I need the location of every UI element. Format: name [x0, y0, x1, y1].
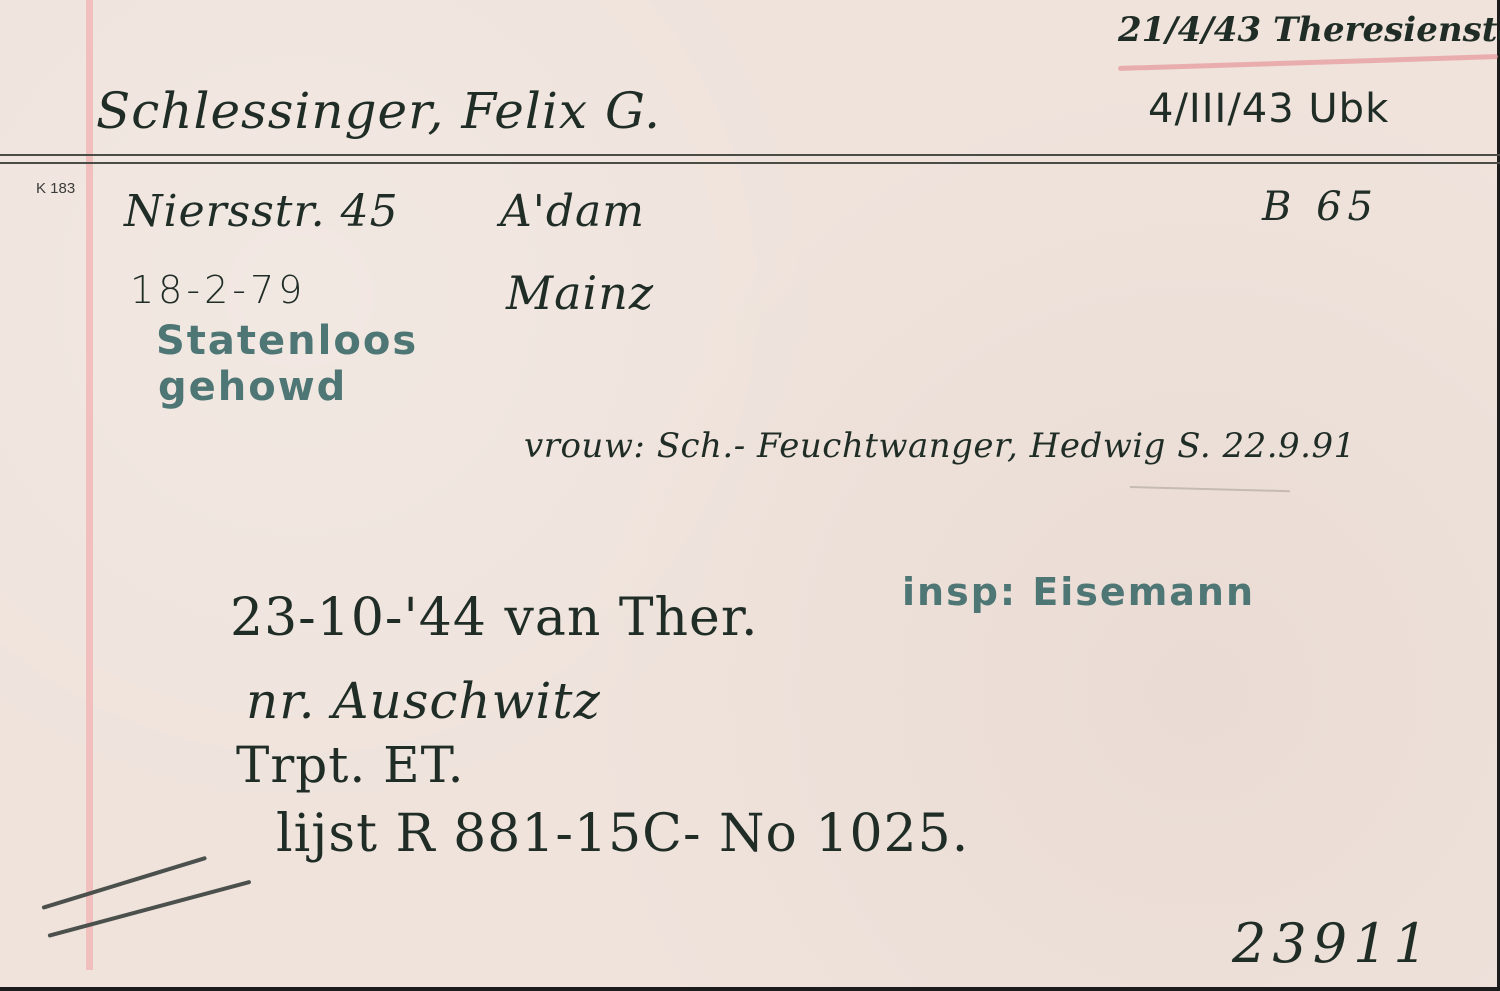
person-name: Schlessinger, Felix G. [96, 82, 661, 140]
red-pencil-underline [1118, 54, 1498, 71]
birth-place: Mainz [506, 266, 654, 320]
transport-code: Trpt. ET. [236, 736, 465, 794]
transport-destination: nr. Auschwitz [246, 672, 601, 730]
street-address: Niersstr. 45 [124, 186, 399, 237]
transport-date-line: 23-10-'44 van Ther. [230, 588, 759, 648]
date-code: 4/III/43 Ubk [1148, 86, 1389, 132]
transport-list-number: lijst R 881-15C- No 1025. [276, 804, 969, 864]
spouse-line: vrouw: Sch.- Feuchtwanger, Hedwig S. 22.… [524, 426, 1356, 466]
archive-index-card: Schlessinger, Felix G. 21/4/43 Theresien… [0, 0, 1500, 991]
nationality-stamp: Statenloos [156, 318, 418, 364]
arrival-line: 21/4/43 Theresienstadt [1118, 10, 1500, 50]
card-number: 23911 [1232, 912, 1434, 975]
form-code: K 183 [36, 180, 75, 197]
city: A'dam [500, 186, 645, 237]
inspector-stamp: insp: Eisemann [902, 570, 1255, 614]
header-rule-top [0, 154, 1500, 156]
header-rule-bottom [0, 162, 1500, 164]
religion-stamp: gehowd [158, 364, 347, 410]
red-margin-line [86, 0, 93, 970]
faint-pencil-mark [1130, 486, 1290, 492]
strike-mark-2 [47, 880, 251, 938]
birth-date: 18-2-79 [130, 268, 306, 312]
block-code: B 65 [1262, 184, 1379, 230]
